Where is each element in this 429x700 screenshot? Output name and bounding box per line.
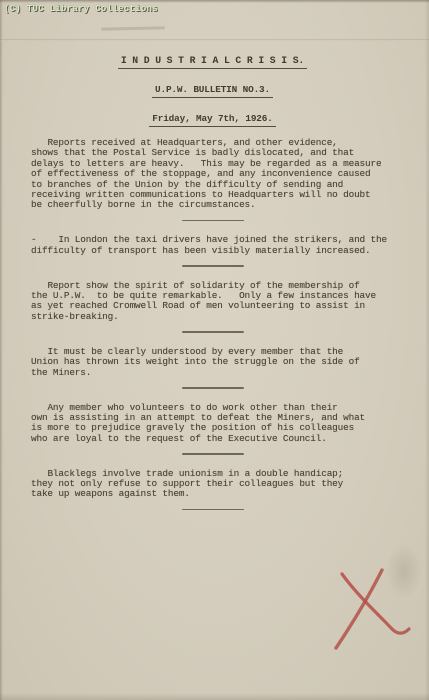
paragraph: Report show the spirit of solidarity of … xyxy=(28,281,397,323)
section-divider xyxy=(182,331,244,333)
date-row: Friday, May 7th, 1926. xyxy=(28,113,397,127)
paragraph: Blacklegs involve trade unionism in a do… xyxy=(28,469,397,500)
red-x-mark xyxy=(330,566,414,658)
paragraphs: Reports received at Headquarters, and ot… xyxy=(28,138,397,510)
paragraph: Reports received at Headquarters, and ot… xyxy=(28,138,397,211)
section-divider xyxy=(182,453,244,455)
section-divider xyxy=(182,387,244,389)
doc-title: I N D U S T R I A L C R I S I S. xyxy=(118,55,307,69)
section-divider xyxy=(182,265,244,267)
paragraph: - In London the taxi drivers have joined… xyxy=(28,235,397,256)
document-page: (C) TUC Library Collections I N D U S T … xyxy=(0,0,429,700)
document-body: I N D U S T R I A L C R I S I S. U.P.W. … xyxy=(28,0,397,524)
doc-subtitle: U.P.W. BULLETIN NO.3. xyxy=(152,84,273,98)
doc-date: Friday, May 7th, 1926. xyxy=(149,113,275,127)
subtitle-row: U.P.W. BULLETIN NO.3. xyxy=(28,84,397,98)
section-divider xyxy=(182,220,244,222)
title-row: I N D U S T R I A L C R I S I S. xyxy=(28,55,397,69)
section-divider xyxy=(182,509,244,511)
paragraph: Any member who volunteers to do work oth… xyxy=(28,403,397,445)
paragraph: It must be clearly understood by every m… xyxy=(28,347,397,378)
